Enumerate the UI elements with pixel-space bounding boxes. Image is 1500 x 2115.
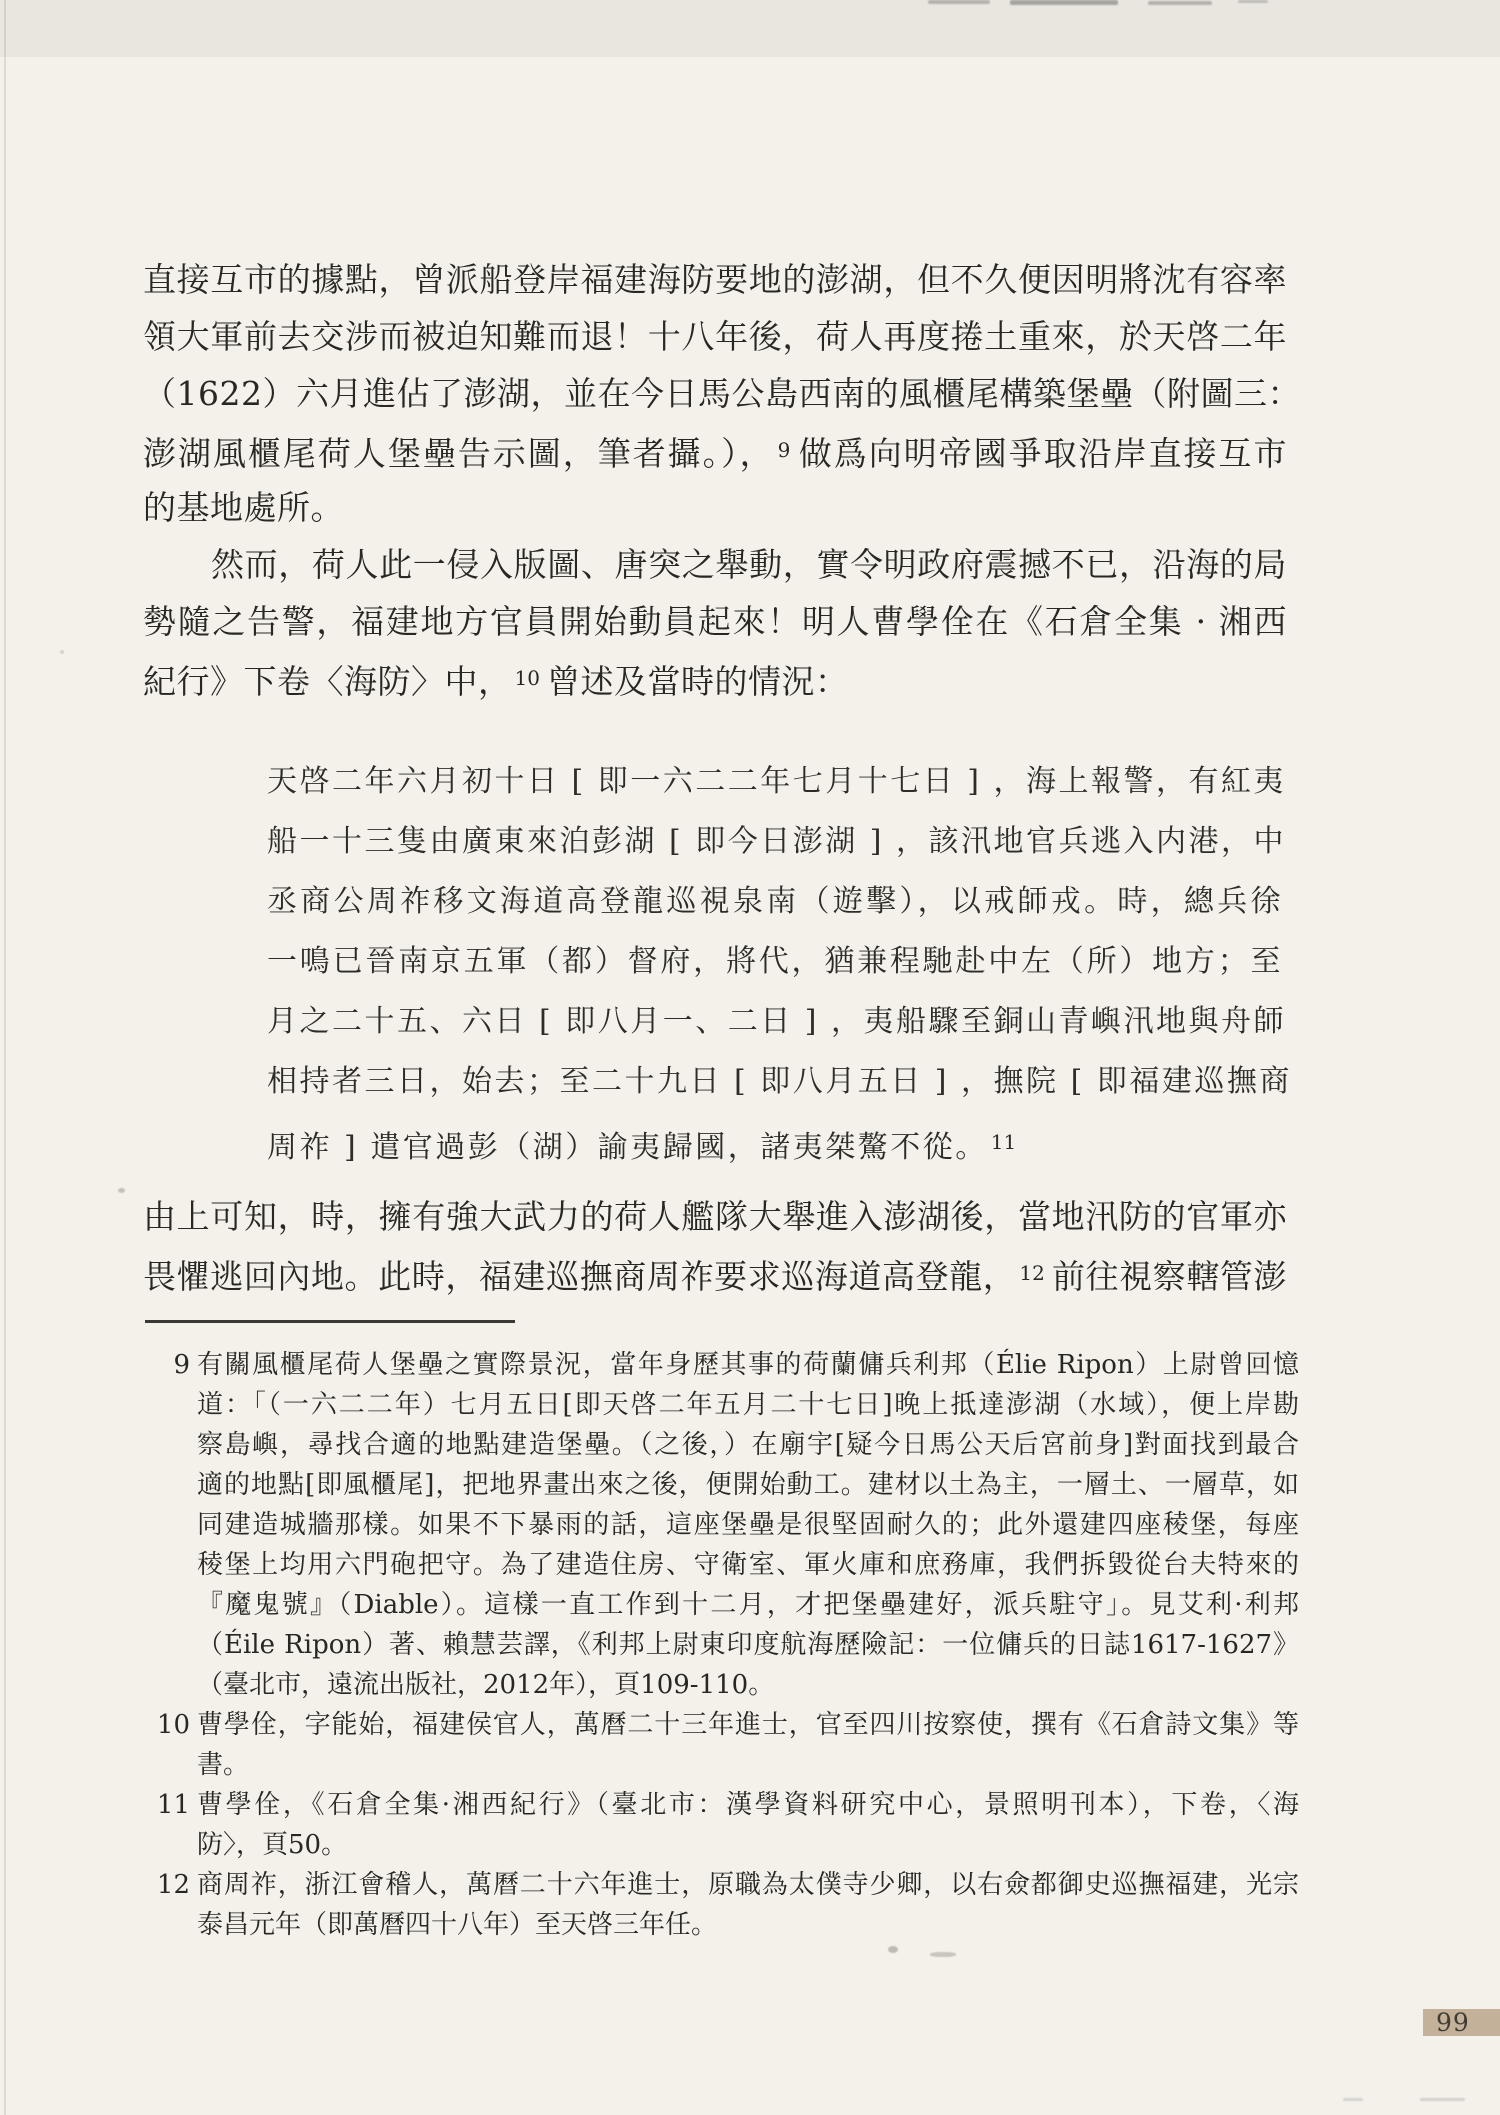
- footnote-line: 書。: [197, 1745, 1299, 1785]
- text-line: 領大軍前去交涉而被迫知難而退！十八年後，荷人再度捲土重來，於天啓二年: [143, 308, 1287, 365]
- text-segment: 然而，荷人此一侵入版圖、唐突之舉動，實令明政府震撼不已，沿海的局: [211, 545, 1287, 584]
- footnote-number: 10: [148, 1705, 190, 1745]
- text-line: 一鳴已晉南京五軍（都）督府，將代，猶兼程馳赴中左（所）地方；至: [267, 932, 1283, 992]
- text-segment: （1622）六月進佔了澎湖，並在今日馬公島西南的風櫃尾構築堡壘（附圖三：: [143, 374, 1301, 413]
- text-line: 直接互市的據點，曾派船登岸福建海防要地的澎湖，但不久便因明將沈有容率: [143, 251, 1287, 308]
- footnote-line: 同建造城牆那樣。如果不下暴雨的話，這座堡壘是很堅固耐久的；此外還建四座稜堡，每座: [197, 1505, 1299, 1545]
- text-line: 勢隨之告警，福建地方官員開始動員起來！明人曹學佺在《石倉全集 · 湘西: [143, 593, 1287, 650]
- text-line: 相持者三日，始去；至二十九日 [ 即八月五日 ] ，撫院 [ 即福建巡撫商: [267, 1052, 1283, 1112]
- text-segment: 領大軍前去交涉而被迫知難而退！十八年後，荷人再度捲土重來，於天啓二年: [143, 317, 1287, 356]
- footnote-line: （Éile Ripon）著、賴慧芸譯，《利邦上尉東印度航海歷險記：一位傭兵的日誌…: [197, 1625, 1299, 1665]
- block-quote: 天啓二年六月初十日 [ 即一六二二年七月十七日 ] ，海上報警，有紅夷船一十三隻…: [267, 752, 1283, 1172]
- scan-artifact: [1148, 1, 1212, 5]
- footnote-line: 察島嶼，尋找合適的地點建造堡壘。（之後，）在廟宇[疑今日馬公天后宮前身]對面找到…: [197, 1425, 1299, 1465]
- scan-artifact: [928, 0, 990, 4]
- footnote-line: （臺北市，遠流出版社，2012年），頁109-110。: [197, 1665, 1299, 1705]
- text-segment: 周祚 ] 遣官過彭（湖）諭夷歸國，諸夷桀驁不從。: [267, 1130, 988, 1165]
- text-segment: 澎湖風櫃尾荷人堡壘告示圖，筆者攝。），: [143, 434, 775, 473]
- text-line: （1622）六月進佔了澎湖，並在今日馬公島西南的風櫃尾構築堡壘（附圖三：: [143, 365, 1287, 422]
- text-segment: 前往視察轄管澎: [1052, 1257, 1287, 1296]
- scan-left-edge-line: [4, 0, 6, 2115]
- footnote-reference: 9: [778, 438, 791, 462]
- footnote-line: 防〉，頁50。: [197, 1825, 1299, 1865]
- footnote-number: 11: [148, 1785, 190, 1825]
- footnote-separator: [145, 1320, 515, 1323]
- scan-artifact: [930, 1952, 956, 1957]
- footnote-line: 曹學佺，字能始，福建侯官人，萬曆二十三年進士，官至四川按察使，撰有《石倉詩文集》…: [197, 1705, 1299, 1745]
- footnote-number: 9: [148, 1345, 190, 1385]
- footnote-line: 商周祚，浙江會稽人，萬曆二十六年進士，原職為太僕寺少卿，以右僉都御史巡撫福建，光…: [197, 1865, 1299, 1905]
- scan-artifact: [1238, 0, 1268, 3]
- text-segment: 月之二十五、六日 [ 即八月一、二日 ] ，夷船驟至銅山青嶼汛地與舟師: [267, 1004, 1286, 1039]
- text-segment: 由上可知，時，擁有強大武力的荷人艦隊大舉進入澎湖後，當地汛防的官軍亦: [143, 1197, 1287, 1236]
- footnote-line: 道：「（一六二二年）七月五日[即天啓二年五月二十七日]晚上抵達澎湖（水域），便上…: [197, 1385, 1299, 1425]
- footnote-line: 有關風櫃尾荷人堡壘之實際景況，當年身歷其事的荷蘭傭兵利邦（Élie Ripon）…: [197, 1345, 1299, 1385]
- text-segment: 做爲向明帝國爭取沿岸直接互市: [797, 434, 1287, 473]
- footnote-number: 12: [148, 1865, 190, 1905]
- text-line: 天啓二年六月初十日 [ 即一六二二年七月十七日 ] ，海上報警，有紅夷: [267, 752, 1283, 812]
- page-number-badge: 99: [1423, 2009, 1500, 2036]
- text-line: 澎湖風櫃尾荷人堡壘告示圖，筆者攝。），9做爲向明帝國爭取沿岸直接互市: [143, 422, 1287, 479]
- text-segment: 畏懼逃回內地。此時，福建巡撫商周祚要求巡海道高登龍，: [143, 1257, 1016, 1296]
- body-paragraph-3: 由上可知，時，擁有強大武力的荷人艦隊大舉進入澎湖後，當地汛防的官軍亦畏懼逃回內地…: [143, 1188, 1287, 1302]
- footnote-line: 泰昌元年（即萬曆四十八年）至天啓三年任。: [197, 1905, 1299, 1945]
- scan-top-strip: [0, 0, 1500, 57]
- footnote-reference: 10: [515, 666, 540, 690]
- page-number: 99: [1423, 2008, 1470, 2037]
- body-paragraph-1: 直接互市的據點，曾派船登岸福建海防要地的澎湖，但不久便因明將沈有容率領大軍前去交…: [143, 251, 1287, 536]
- footnote-reference: 12: [1019, 1261, 1044, 1285]
- text-line: 紀行》下卷〈海防〉中，10曾述及當時的情況：: [143, 650, 1287, 707]
- scan-artifact: [60, 650, 64, 654]
- text-segment: 曾述及當時的情況：: [547, 662, 849, 701]
- text-line: 丞商公周祚移文海道高登龍巡視泉南（遊擊），以戒師戎。時，總兵徐: [267, 872, 1283, 932]
- footnote-line: 『魔鬼號』（Diable）。這樣一直工作到十二月，才把堡壘建好，派兵駐守」。見艾…: [197, 1585, 1299, 1625]
- scan-artifact: [118, 1188, 125, 1193]
- footnote-line: 適的地點[即風櫃尾]，把地界畫出來之後，便開始動工。建材以土為主，一層土、一層草…: [197, 1465, 1299, 1505]
- text-segment: 的基地處所。: [143, 488, 344, 527]
- text-segment: 天啓二年六月初十日 [ 即一六二二年七月十七日 ] ，海上報警，有紅夷: [267, 764, 1286, 799]
- text-line: 的基地處所。: [143, 479, 1287, 536]
- text-line: 畏懼逃回內地。此時，福建巡撫商周祚要求巡海道高登龍，12前往視察轄管澎: [143, 1245, 1287, 1302]
- text-segment: 紀行》下卷〈海防〉中，: [143, 662, 512, 701]
- text-line: 月之二十五、六日 [ 即八月一、二日 ] ，夷船驟至銅山青嶼汛地與舟師: [267, 992, 1283, 1052]
- scan-artifact: [888, 1946, 898, 1953]
- footnote-line: 稜堡上均用六門砲把守。為了建造住房、守衛室、軍火庫和庶務庫，我們拆毀從台夫特來的: [197, 1545, 1299, 1585]
- text-segment: 直接互市的據點，曾派船登岸福建海防要地的澎湖，但不久便因明將沈有容率: [143, 260, 1287, 299]
- footnote-line: 曹學佺，《石倉全集·湘西紀行》（臺北市：漢學資料研究中心，景照明刊本），下卷，〈…: [197, 1785, 1299, 1825]
- text-segment: 船一十三隻由廣東來泊彭湖 [ 即今日澎湖 ] ，該汛地官兵逃入内港，中: [267, 824, 1286, 859]
- text-line: 周祚 ] 遣官過彭（湖）諭夷歸國，諸夷桀驁不從。11: [267, 1112, 1283, 1172]
- text-segment: 丞商公周祚移文海道高登龍巡視泉南（遊擊），以戒師戎。時，總兵徐: [267, 884, 1283, 919]
- scan-artifact: [1010, 0, 1118, 5]
- text-line: 由上可知，時，擁有強大武力的荷人艦隊大舉進入澎湖後，當地汛防的官軍亦: [143, 1188, 1287, 1245]
- text-segment: 一鳴已晉南京五軍（都）督府，將代，猶兼程馳赴中左（所）地方；至: [267, 944, 1283, 979]
- text-line: 船一十三隻由廣東來泊彭湖 [ 即今日澎湖 ] ，該汛地官兵逃入内港，中: [267, 812, 1283, 872]
- scan-artifact: [1343, 2098, 1363, 2101]
- scanned-document-page: 直接互市的據點，曾派船登岸福建海防要地的澎湖，但不久便因明將沈有容率領大軍前去交…: [0, 0, 1500, 2115]
- text-segment: 相持者三日，始去；至二十九日 [ 即八月五日 ] ，撫院 [ 即福建巡撫商: [267, 1064, 1292, 1099]
- body-paragraph-2: 然而，荷人此一侵入版圖、唐突之舉動，實令明政府震撼不已，沿海的局勢隨之告警，福建…: [143, 536, 1287, 707]
- footnote-reference: 11: [991, 1130, 1016, 1154]
- scan-artifact: [1420, 2098, 1465, 2101]
- text-line: 然而，荷人此一侵入版圖、唐突之舉動，實令明政府震撼不已，沿海的局: [143, 536, 1287, 593]
- text-segment: 勢隨之告警，福建地方官員開始動員起來！明人曹學佺在《石倉全集 · 湘西: [143, 602, 1287, 641]
